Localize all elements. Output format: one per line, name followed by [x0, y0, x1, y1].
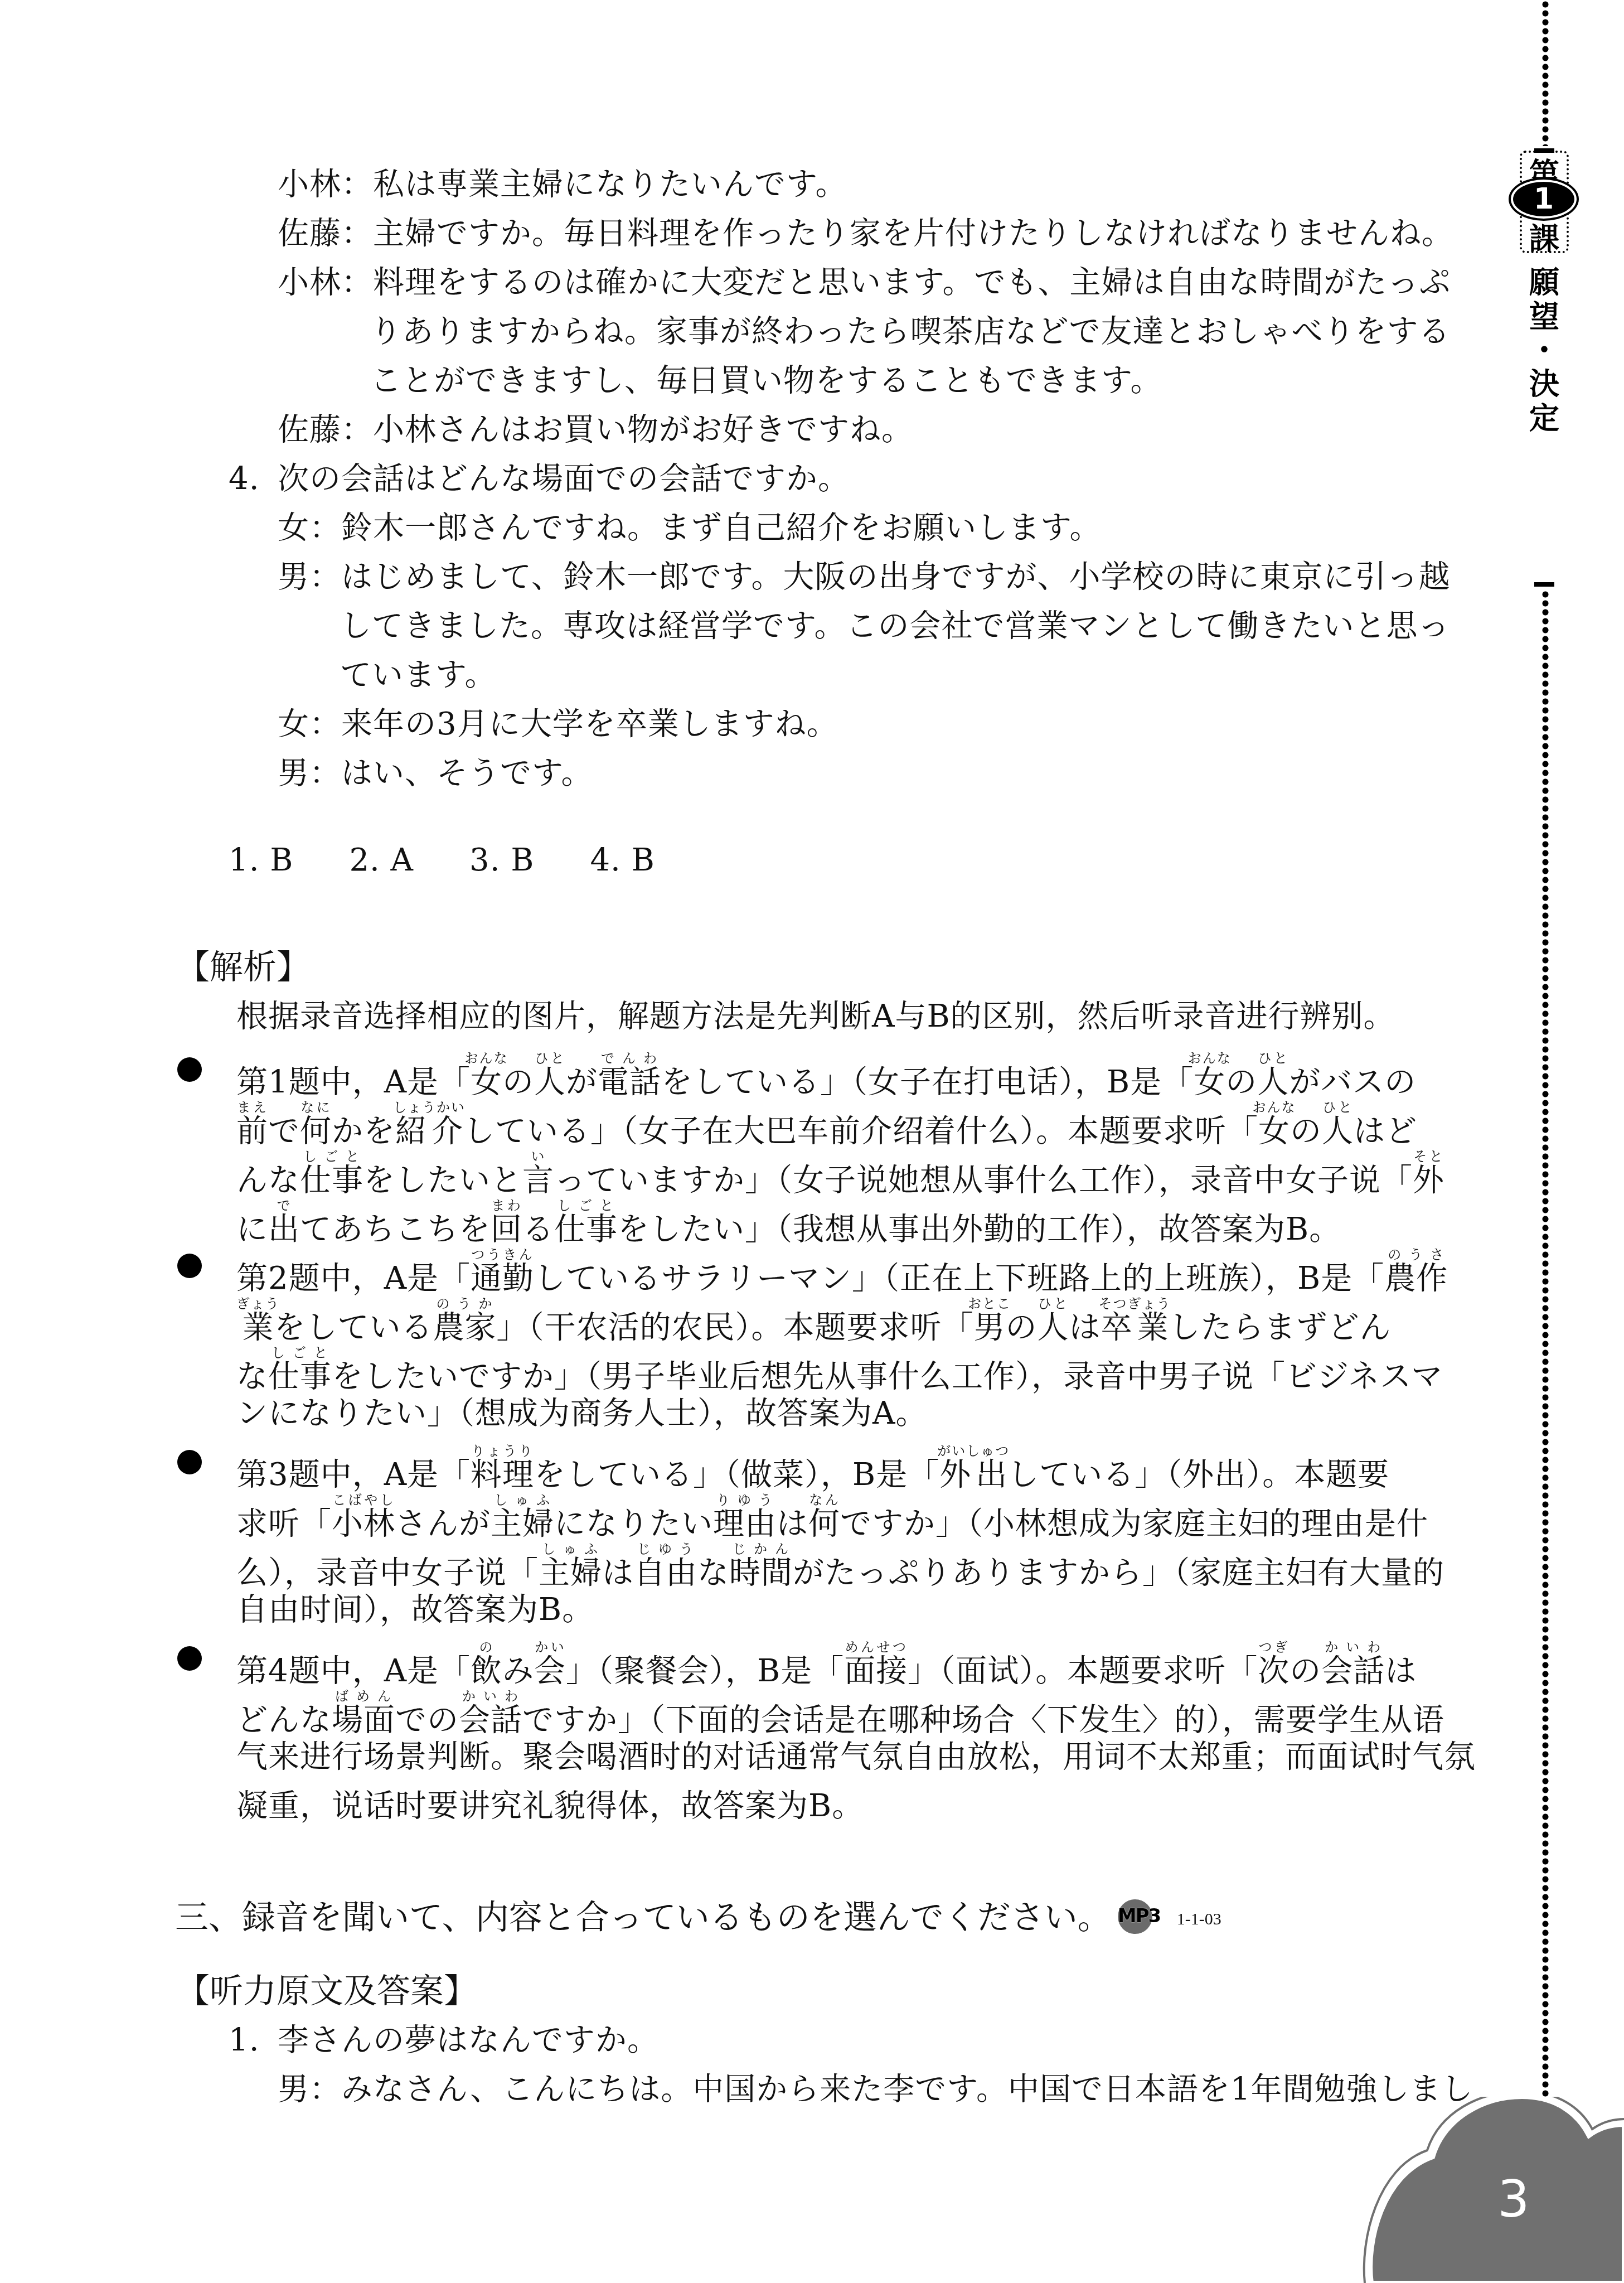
analysis-line: どんな場面ばめんでの会話かいわですか」（下面的会话是在哪种场合〈下发生〉的），需…	[236, 1689, 1444, 1740]
dialogue-line-continued: ことができますし、毎日買い物をすることもできます。	[370, 361, 1162, 400]
speaker-label: 男	[278, 2071, 309, 2107]
lesson-title-char: ・	[1528, 335, 1561, 367]
dialogue-text: みなさん、こんにちは。中国から来た李です。中国で日本語を1年間勉強しまし	[341, 2071, 1473, 2107]
dialogue-line-continued: ています。	[340, 656, 497, 695]
dialogue-text: 来年の3月に大学を卒業しますね。	[341, 706, 838, 742]
textbook-page: 小林：私は専業主婦になりたいんです。 佐藤：主婦ですか。毎日料理を作ったり家を片…	[0, 0, 1624, 2283]
speaker-label: 男	[278, 559, 309, 595]
colon: ：	[309, 706, 341, 742]
dialogue-line-continued: してきました。専攻は経営学です。この会社で営業マンとして働きたいと思っ	[340, 607, 1450, 646]
analysis-line: 前まえで何なにかを紹介しょうかいしている」（女子在大巴车前介绍着什么）。本题要求…	[236, 1100, 1417, 1151]
analysis-line: 气来进行场景判断。聚会喝酒时的对话通常气氛自由放松，用词不太郑重；而面试时气氛	[236, 1738, 1476, 1777]
dialogue-line: 女：鈴木一郎さんですね。まず自己紹介をお願いします。	[278, 509, 1102, 548]
audio-track-code: 1-1-03	[1177, 1910, 1221, 1928]
question-prompt: 1.李さんの夢はなんですか。	[229, 2021, 659, 2060]
lesson-number-badge: 1	[1511, 180, 1577, 219]
analysis-line: 么），录音中女子说「主婦しゅふは自由じゆうな時間じかんがたっぷりありますから」（…	[236, 1541, 1444, 1593]
lesson-title-char: 望	[1528, 301, 1561, 333]
speaker-label: 女	[278, 706, 309, 742]
dialogue-line: 佐藤：主婦ですか。毎日料理を作ったり家を片付けたりしなければなりませんね。	[278, 214, 1453, 253]
analysis-line: 業ぎょうをしている農家のうか」（干农活的农民）。本题要求听「男おとこの人ひとは卒…	[236, 1296, 1392, 1347]
question-text: 李さんの夢はなんですか。	[278, 2022, 659, 2058]
dialogue-text: 鈴木一郎さんですね。まず自己紹介をお願いします。	[341, 510, 1102, 546]
dialogue-text: 主婦ですか。毎日料理を作ったり家を片付けたりしなければなりませんね。	[373, 215, 1453, 251]
dialogue-line: 女：来年の3月に大学を卒業しますね。	[278, 705, 838, 744]
speaker-label: 佐藤	[278, 215, 341, 251]
answer-key: 1. B2. A3. B4. B	[229, 841, 711, 880]
colon: ：	[341, 166, 373, 202]
lesson-suffix: 課	[1528, 224, 1561, 254]
analysis-line: 第1题中，A是「女おんなの人ひとが電話でんわをしている」（女子在打电话），B是「…	[236, 1051, 1416, 1102]
analysis-line: な仕事しごとをしたいですか」（男子毕业后想先从事什么工作），录音中男子说「ビジネ…	[236, 1345, 1443, 1396]
bullet-icon	[177, 1057, 202, 1082]
question-prompt: 4.次の会話はどんな場面での会話ですか。	[229, 459, 850, 499]
dialogue-line-continued: りありますからね。家事が終わったら喫茶店などで友達とおしゃべりをする	[370, 312, 1450, 351]
colon: ：	[309, 559, 341, 595]
analysis-line: 求听「小林こばやしさんが主婦しゅふになりたい理由りゆうは何なんですか」（小林想成…	[236, 1492, 1428, 1544]
dialogue-line: 小林：私は専業主婦になりたいんです。	[278, 165, 847, 204]
dialogue-line: 男：はじめまして、鈴木一郎です。大阪の出身ですが、小学校の時に東京に引っ越	[278, 558, 1450, 597]
divider-bar	[1534, 582, 1554, 587]
answer-item: 4. B	[590, 841, 655, 880]
speaker-label: 佐藤	[278, 412, 341, 448]
dialogue-line: 小林：料理をするのは確かに大変だと思います。でも、主婦は自由な時間がたっぷ	[278, 263, 1451, 302]
speaker-label: 小林	[278, 264, 341, 301]
dialogue-text: はい、そうです。	[341, 755, 593, 791]
question-text: 次の会話はどんな場面での会話ですか。	[278, 461, 850, 497]
dialogue-line: 男：みなさん、こんにちは。中国から来た李です。中国で日本語を1年間勉強しまし	[278, 2070, 1473, 2109]
dialogue-text: 料理をするのは確かに大変だと思います。でも、主婦は自由な時間がたっぷ	[373, 264, 1451, 301]
dialogue-line: 男：はい、そうです。	[278, 754, 593, 793]
colon: ：	[341, 215, 373, 251]
bullet-icon	[177, 1646, 202, 1671]
dialogue-text: 私は専業主婦になりたいんです。	[373, 166, 847, 202]
lesson-title-char: 定	[1528, 403, 1561, 435]
dotted-divider	[1542, 590, 1549, 2107]
page-number-cloud-icon	[1360, 2097, 1624, 2283]
colon: ：	[341, 412, 373, 448]
answer-item: 3. B	[469, 841, 534, 880]
dialogue-line: 佐藤：小林さんはお買い物がお好きですね。	[278, 410, 913, 449]
colon: ：	[309, 2071, 341, 2107]
analysis-line: 自由时间），故答案为B。	[236, 1590, 594, 1629]
colon: ：	[309, 755, 341, 791]
dialogue-text: はじめまして、鈴木一郎です。大阪の出身ですが、小学校の時に東京に引っ越	[341, 559, 1450, 595]
answer-item: 1. B	[229, 841, 293, 880]
mp3-label: MP3	[1118, 1905, 1160, 1927]
analysis-line: 第2题中，A是「通勤つうきんしているサラリーマン」（正在上下班路上的上班族），B…	[236, 1247, 1448, 1298]
analysis-line: 第4题中，A是「飲のみ会かい」（聚餐会），B是「面接めんせつ」（面试）。本题要求…	[236, 1639, 1417, 1691]
bullet-icon	[177, 1254, 202, 1278]
lesson-title-char: 決	[1528, 368, 1561, 400]
speaker-label: 男	[278, 755, 309, 791]
transcript-heading: 【听力原文及答案】	[176, 1972, 477, 2011]
question-number: 4.	[229, 459, 278, 499]
bullet-icon	[177, 1450, 202, 1474]
section-3-title: 三、録音を聞いて、内容と合っているものを選んでください。MP31-1-03	[175, 1898, 1221, 1939]
colon: ：	[309, 510, 341, 546]
analysis-line: に出でてあちこちを回まわる仕事しごとをしたい」（我想从事出外勤的工作），故答案为…	[236, 1198, 1341, 1249]
dialogue-text: 小林さんはお買い物がお好きですね。	[373, 412, 913, 448]
answer-item: 2. A	[349, 841, 414, 880]
section-title-text: 三、録音を聞いて、内容と合っているものを選んでください。	[175, 1898, 1111, 1937]
page-number: 3	[1494, 2172, 1533, 2228]
mp3-audio-icon[interactable]: MP3	[1118, 1899, 1152, 1934]
analysis-line: んな仕事しごとをしたいと言いっていますか」（女子说她想从事什么工作），录音中女子…	[236, 1149, 1444, 1200]
lesson-title-char: 願	[1528, 267, 1561, 299]
analysis-intro: 根据录音选择相应的图片，解题方法是先判断A与B的区别，然后听录音进行辨别。	[236, 997, 1395, 1036]
analysis-line: 第3题中，A是「料理りょうりをしている」（做菜），B是「外出がいしゅつしている」…	[236, 1443, 1389, 1494]
analysis-line: 凝重，说话时要讲究礼貌得体，故答案为B。	[236, 1787, 864, 1826]
question-number: 1.	[229, 2021, 278, 2060]
dotted-divider	[1542, 0, 1549, 146]
colon: ：	[341, 264, 373, 301]
speaker-label: 女	[278, 510, 309, 546]
speaker-label: 小林	[278, 166, 341, 202]
analysis-heading: 【解析】	[176, 948, 310, 987]
analysis-line: ンになりたい」（想成为商务人士），故答案为A。	[236, 1394, 927, 1433]
